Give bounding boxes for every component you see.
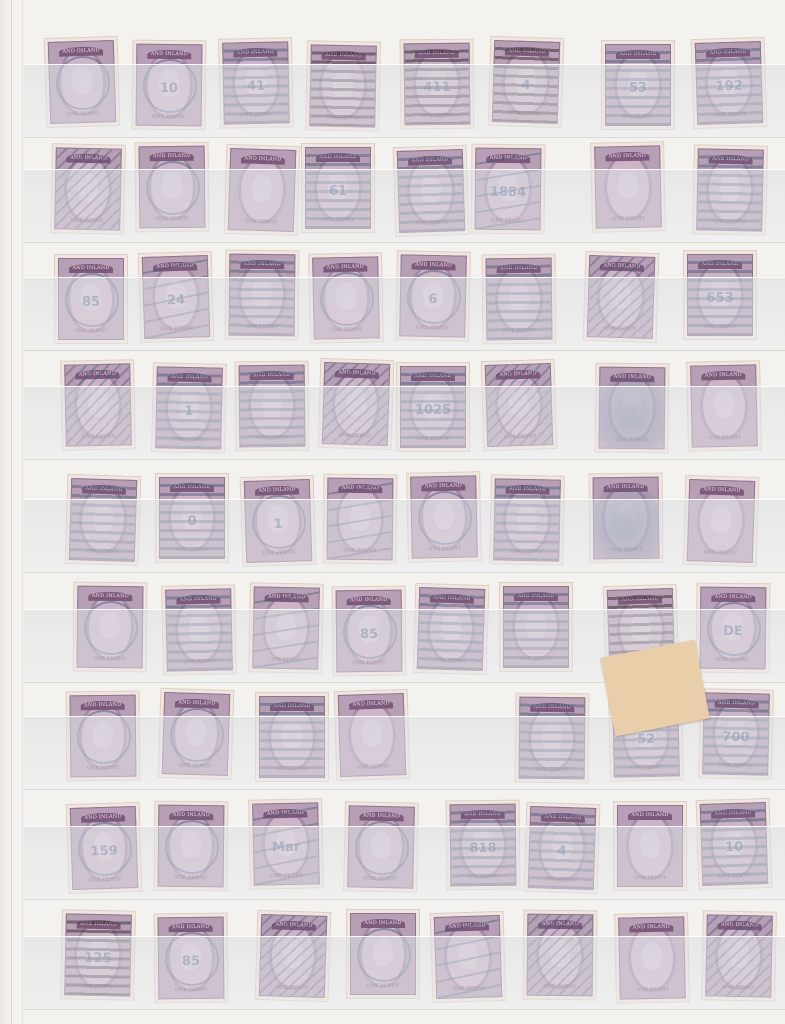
postmark-cancel [159, 806, 224, 887]
stamp-design: AND INLANDONE PENNY [259, 914, 328, 998]
stamp: AND INLANDONE PENNY [516, 694, 589, 783]
stamp: AND INLANDONE PENNY [66, 475, 141, 565]
postmark-numeral: 24 [144, 292, 208, 309]
stamp-design: AND INLANDONE PENNY192 [695, 41, 764, 125]
stamp-design: AND INLANDONE PENNY [587, 255, 656, 339]
postmark-numeral: 85 [337, 627, 401, 643]
stamp: AND INLANDONE PENNY818 [447, 801, 520, 890]
stamp-design: AND INLANDONE PENNY [417, 587, 486, 671]
stamp: AND INLANDONE PENNY [615, 913, 689, 1002]
stamp-design: AND INLANDONE PENNYMar [252, 802, 320, 885]
stamp-design: AND INLANDONE PENNY [162, 692, 231, 776]
stamp-design: AND INLANDONE PENNY [397, 149, 466, 233]
postmark-cancel [418, 588, 484, 670]
stamp-design: AND INLANDONE PENNY [64, 363, 132, 446]
postmark-cancel [594, 478, 659, 559]
postmark-numeral: 6 [401, 291, 465, 307]
stamp: AND INLANDONE PENNY [51, 144, 125, 233]
postmark-numeral: 818 [451, 841, 515, 857]
postmark-cancel [313, 257, 379, 338]
postmark-cancel [435, 916, 501, 998]
stamp-design: AND INLANDONE PENNY4 [528, 806, 597, 890]
stamp: AND INLANDONE PENNY1025 [397, 363, 469, 451]
stamp: AND INLANDONE PENNY53 [602, 41, 674, 129]
stamp: AND INLANDONE PENNY [155, 802, 228, 891]
postmark-cancel [339, 694, 405, 776]
stamp-design: AND INLANDONE PENNY [77, 586, 144, 669]
stamp: AND INLANDONE PENNY [483, 255, 556, 344]
stamp: AND INLANDONE PENNY [136, 143, 209, 232]
stamp: AND INLANDONE PENNY10 [133, 41, 206, 130]
postmark-cancel [595, 146, 661, 227]
stamp: AND INLANDONE PENNY [236, 362, 309, 451]
stamp-design: AND INLANDONE PENNY [350, 913, 416, 995]
stamp: AND INLANDONE PENNY [61, 360, 135, 449]
postmark-cancel [697, 149, 763, 230]
stamp: AND INLANDONE PENNY [324, 475, 397, 564]
postmark-cancel [504, 587, 568, 667]
postmark-cancel [520, 698, 585, 779]
stamp: AND INLANDONE PENNY [524, 911, 597, 1000]
stamp: AND INLANDONE PENNY [67, 692, 140, 781]
stamp: AND INLANDONE PENNY4 [525, 803, 600, 893]
stamp: AND INLANDONE PENNY [482, 360, 557, 450]
stamp: AND INLANDONE PENNY [162, 585, 236, 674]
postmark-cancel [65, 364, 131, 445]
postmark-cancel [588, 256, 654, 338]
stamp-design: AND INLANDONE PENNY [705, 914, 773, 997]
stockbook-page: AND INLANDONE PENNYAND INLANDONE PENNY10… [0, 0, 785, 1024]
postmark-numeral: 700 [704, 729, 768, 745]
stamp-design: AND INLANDONE PENNY [690, 364, 758, 447]
stamp: AND INLANDONE PENNY [614, 802, 686, 890]
stamp-design: AND INLANDONE PENNY85 [58, 258, 124, 340]
stamp-design: AND INLANDONE PENNY [229, 254, 296, 337]
stamp-design: AND INLANDONE PENNY [410, 475, 478, 558]
stamp-design: AND INLANDONE PENNY [70, 695, 137, 778]
stamp: AND INLANDONE PENNY [159, 689, 234, 779]
stamp-design: AND INLANDONE PENNY [593, 477, 660, 560]
stamp-design: AND INLANDONE PENNY [503, 586, 569, 668]
stamp-design: AND INLANDONE PENNY125 [64, 913, 132, 996]
stamp-design: AND INLANDONE PENNY [165, 588, 233, 671]
postmark-cancel [229, 149, 295, 231]
stamp: AND INLANDONE PENNY85 [155, 914, 228, 1003]
postmark-numeral: 85 [159, 954, 223, 970]
stamp: AND INLANDONE PENNY [74, 583, 147, 672]
stamp: AND INLANDONE PENNY4 [489, 37, 564, 127]
postmark-cancel [691, 365, 757, 446]
stamp: AND INLANDONE PENNY411 [401, 40, 474, 129]
postmark-cancel [70, 479, 136, 561]
stamp-design: AND INLANDONE PENNY1025 [400, 366, 466, 448]
stamp: AND INLANDONE PENNY [590, 474, 663, 563]
stamp: AND INLANDONE PENNY85 [55, 255, 127, 343]
stamp: AND INLANDONE PENNY [693, 145, 767, 234]
stamp-design: AND INLANDONE PENNY [617, 805, 683, 887]
stamp-design: AND INLANDONE PENNY [347, 805, 415, 888]
stamp-design: AND INLANDONE PENNY818 [450, 804, 517, 887]
stamp: AND INLANDONE PENNY [591, 142, 665, 231]
postmark-numeral: 125 [66, 950, 130, 966]
postmark-cancel [310, 45, 376, 126]
postmark-cancel [55, 148, 121, 229]
postmark-cancel [230, 255, 295, 336]
stamp: AND INLANDONE PENNY [335, 690, 410, 780]
stamp: AND INLANDONE PENNY0 [156, 474, 228, 562]
stamp-design: AND INLANDONE PENNY24 [142, 255, 211, 339]
postmark-numeral: 53 [606, 81, 670, 96]
stamp: AND INLANDONE PENNY653 [684, 251, 756, 339]
stamp-design: AND INLANDONE PENNY85 [336, 590, 403, 673]
stamp: AND INLANDONE PENNY10 [697, 799, 772, 889]
postmark-cancel [260, 915, 326, 997]
stamp-design: AND INLANDONE PENNY [54, 147, 122, 230]
stamp: AND INLANDONE PENNYDE [697, 584, 770, 673]
stamp-design: AND INLANDONE PENNY10 [136, 44, 203, 127]
postmark-numeral: 1 [157, 403, 221, 419]
postmark-numeral: Mar [254, 839, 318, 855]
postmark-cancel [351, 914, 415, 994]
stamp-design: AND INLANDONE PENNY41 [222, 41, 290, 124]
postmark-cancel [166, 589, 232, 670]
stamp-design: AND INLANDONE PENNY [618, 916, 686, 999]
postmark-numeral: 1 [246, 516, 310, 533]
postmark-cancel [528, 915, 593, 996]
stamp-design: AND INLANDONE PENNY [327, 478, 394, 561]
postmark-cancel [706, 915, 772, 996]
postmark-numeral: 653 [688, 291, 752, 306]
page-binding-edge [0, 0, 12, 1024]
stamp-design: AND INLANDONE PENNY [485, 363, 554, 447]
stamp-design: AND INLANDONE PENNY1 [244, 479, 313, 563]
postmark-cancel [140, 147, 205, 228]
stamp-design: AND INLANDONE PENNY [48, 40, 117, 124]
paper-slip [600, 640, 710, 737]
stamp: AND INLANDONE PENNY24 [139, 252, 214, 342]
stamp: AND INLANDONE PENNY [584, 252, 659, 342]
postmark-cancel [163, 693, 229, 775]
postmark-cancel [71, 696, 136, 777]
postmark-numeral: 1884 [476, 185, 540, 201]
stamp: AND INLANDONE PENNY [490, 475, 564, 564]
stamp-design: AND INLANDONE PENNY [687, 479, 756, 563]
stamp: AND INLANDONE PENNY1 [152, 363, 226, 452]
stamp-design: AND INLANDONE PENNY [309, 44, 377, 127]
stamp-design: AND INLANDONE PENNY [696, 148, 764, 231]
stamp-design: AND INLANDONE PENNY6 [399, 254, 467, 337]
stamp-design: AND INLANDONE PENNY [69, 478, 138, 562]
stamp: AND INLANDONE PENNY192 [692, 38, 767, 128]
stamp: AND INLANDONE PENNY [347, 910, 419, 998]
stamp: AND INLANDONE PENNY [226, 251, 299, 340]
stamp: AND INLANDONE PENNY [596, 364, 669, 453]
stamp-design: AND INLANDONE PENNY [259, 696, 325, 778]
postmark-numeral: 411 [405, 80, 469, 96]
stamp-design: AND INLANDONE PENNY53 [605, 44, 671, 126]
stamp-design: AND INLANDONE PENNY85 [158, 917, 225, 1000]
stamp-design: AND INLANDONE PENNY [239, 365, 306, 448]
stamp-design: AND INLANDONE PENNY [527, 914, 594, 997]
postmark-cancel [486, 364, 552, 446]
stamp: AND INLANDONE PENNY [306, 41, 380, 130]
stamp-design: AND INLANDONE PENNY [312, 256, 380, 339]
stamp: AND INLANDONE PENNY [407, 472, 481, 561]
stamp: AND INLANDONE PENNY700 [699, 689, 773, 778]
stamp-design: AND INLANDONE PENNY4 [492, 40, 561, 124]
stamp-design: AND INLANDONE PENNY1884 [475, 148, 542, 231]
stamp-design: AND INLANDONE PENNY1 [155, 366, 223, 449]
postmark-numeral: 0 [160, 514, 224, 529]
postmark-cancel [600, 368, 665, 449]
postmark-cancel [323, 363, 389, 445]
stamp-design: AND INLANDONE PENNY0 [159, 477, 225, 559]
postmark-numeral: 4 [530, 843, 594, 860]
postmark-cancel [398, 150, 464, 232]
postmark-numeral: 61 [306, 184, 370, 199]
postmark-cancel [328, 479, 393, 560]
stamp: AND INLANDONE PENNY [45, 37, 120, 127]
postmark-cancel [348, 806, 414, 887]
stamp: AND INLANDONE PENNY [256, 911, 331, 1001]
postmark-cancel [487, 259, 552, 340]
stamp-design: AND INLANDONE PENNY [252, 586, 320, 669]
stamp: AND INLANDONE PENNY159 [67, 803, 142, 893]
stamp: AND INLANDONE PENNY [414, 584, 489, 674]
postmark-cancel [260, 697, 324, 777]
postmark-cancel [411, 476, 477, 557]
stamp: AND INLANDONE PENNY41 [219, 38, 293, 127]
postmark-numeral: 41 [224, 78, 288, 94]
stamp-design: AND INLANDONE PENNY [139, 146, 206, 229]
postmark-cancel [688, 480, 754, 562]
postmark-cancel [240, 366, 305, 447]
stamp-design: AND INLANDONE PENNY [338, 693, 407, 777]
postmark-cancel [49, 41, 115, 123]
stamp: AND INLANDONE PENNY1 [241, 476, 316, 566]
stamp: AND INLANDONE PENNY [702, 911, 776, 1000]
stamp: AND INLANDONE PENNY [249, 583, 323, 672]
postmark-cancel [253, 587, 319, 668]
postmark-cancel [78, 587, 143, 668]
stamp: AND INLANDONE PENNY125 [61, 910, 135, 999]
stamp: AND INLANDONE PENNY61 [302, 144, 374, 232]
stamp-design: AND INLANDONE PENNY411 [404, 43, 471, 126]
stamp: AND INLANDONE PENNYMar [249, 799, 323, 888]
stamp: AND INLANDONE PENNY [344, 802, 418, 891]
stamp-design: AND INLANDONE PENNY [322, 362, 391, 446]
stamp: AND INLANDONE PENNY [256, 693, 328, 781]
stamp-design: AND INLANDONE PENNY [594, 145, 662, 228]
stamp-design: AND INLANDONE PENNY [228, 148, 297, 232]
stamp-design: AND INLANDONE PENNY [486, 258, 553, 341]
stamp: AND INLANDONE PENNY [687, 361, 761, 450]
postmark-numeral: 85 [59, 295, 123, 310]
stamp-design: AND INLANDONE PENNY61 [305, 147, 371, 229]
stamp-design: AND INLANDONE PENNY159 [70, 806, 139, 890]
postmark-cancel [494, 479, 560, 560]
postmark-numeral: 159 [72, 843, 136, 860]
stamp: AND INLANDONE PENNY [684, 476, 759, 566]
postmark-numeral: 4 [494, 77, 558, 94]
postmark-numeral: 192 [697, 78, 761, 95]
stamp: AND INLANDONE PENNY85 [333, 587, 406, 676]
stamp-design: AND INLANDONE PENNY [599, 367, 666, 450]
postmark-numeral: DE [701, 624, 765, 640]
stamp: AND INLANDONE PENNY6 [396, 251, 470, 340]
stamp: AND INLANDONE PENNY1884 [472, 145, 545, 234]
postmark-numeral: 10 [137, 81, 201, 97]
stamp-design: AND INLANDONE PENNY10 [700, 802, 769, 886]
stamp-design: AND INLANDONE PENNY [493, 478, 561, 561]
stamp: AND INLANDONE PENNY [225, 145, 300, 235]
stamp: AND INLANDONE PENNY [394, 146, 469, 236]
postmark-numeral: 1025 [401, 403, 465, 418]
postmark-cancel [619, 917, 685, 998]
postmark-cancel [618, 806, 682, 886]
postmark-numeral: 10 [702, 839, 766, 856]
stamp-design: AND INLANDONE PENNY700 [702, 692, 770, 775]
stamp: AND INLANDONE PENNY [319, 359, 394, 449]
stamp-design: AND INLANDONE PENNY [434, 915, 503, 999]
stamp: AND INLANDONE PENNY [500, 583, 572, 671]
stamp: AND INLANDONE PENNY [309, 253, 383, 342]
stamp: AND INLANDONE PENNY [431, 912, 506, 1002]
stamp-design: AND INLANDONE PENNY [519, 697, 586, 780]
stamp-design: AND INLANDONE PENNY [158, 805, 225, 888]
page-margin-line [22, 0, 23, 1024]
stamp-design: AND INLANDONE PENNY653 [687, 254, 753, 336]
stamp-design: AND INLANDONE PENNYDE [700, 587, 767, 670]
